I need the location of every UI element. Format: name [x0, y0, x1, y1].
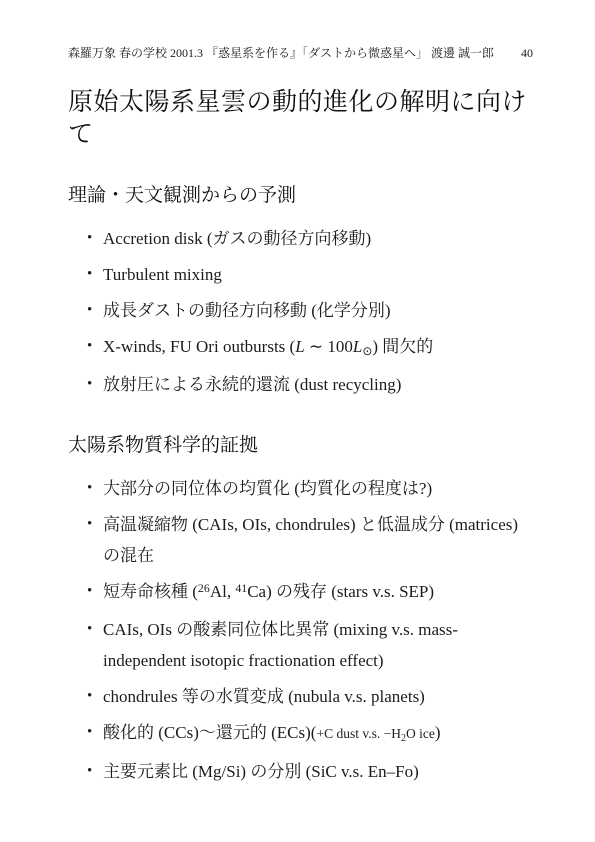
bullet-text: 成長ダストの動径方向移動 (化学分別) [103, 301, 391, 320]
bullet-icon: • [87, 756, 92, 787]
bullet-text: 酸化的 (CCs)〜還元的 (ECs)(+C dust v.s. −H2O ic… [103, 723, 440, 742]
bullet-icon: • [87, 369, 92, 400]
bullet-item: •酸化的 (CCs)〜還元的 (ECs)(+C dust v.s. −H2O i… [68, 717, 533, 751]
bullet-icon: • [87, 295, 92, 326]
bullet-item: •短寿命核種 (26Al, 41Ca) の残存 (stars v.s. SEP) [68, 576, 533, 609]
bullet-item: •大部分の同位体の均質化 (均質化の程度は?) [68, 473, 533, 504]
bullet-text: 主要元素比 (Mg/Si) の分別 (SiC v.s. En–Fo) [103, 762, 419, 781]
bullet-icon: • [87, 473, 92, 504]
bullet-icon: • [87, 259, 92, 290]
bullet-item: •X-winds, FU Ori outbursts (L ∼ 100L⊙) 間… [68, 331, 533, 364]
page-number: 40 [511, 46, 533, 61]
bullet-text: Accretion disk (ガスの動径方向移動) [103, 229, 371, 248]
section-heading: 太陽系物質科学的証拠 [68, 433, 533, 458]
bullet-item: •Turbulent mixing [68, 259, 533, 290]
bullet-icon: • [87, 509, 92, 540]
bullet-icon: • [87, 614, 92, 645]
bullet-icon: • [87, 223, 92, 254]
bullet-item: •成長ダストの動径方向移動 (化学分別) [68, 295, 533, 326]
bullet-item: •主要元素比 (Mg/Si) の分別 (SiC v.s. En–Fo) [68, 756, 533, 787]
bullet-item: •CAIs, OIs の酸素同位体比異常 (mixing v.s. mass-i… [68, 614, 533, 676]
bullet-item: •chondrules 等の水質変成 (nubula v.s. planets) [68, 681, 533, 712]
bullet-icon: • [87, 331, 92, 362]
document-page: 森羅万象 春の学校 2001.3 『惑星系を作る』「ダストから微惑星へ」 渡邊 … [0, 0, 595, 842]
page-title: 原始太陽系星雲の動的進化の解明に向けて [68, 86, 533, 150]
bullet-text: chondrules 等の水質変成 (nubula v.s. planets) [103, 687, 425, 706]
bullet-icon: • [87, 576, 92, 607]
bullet-text: 高温凝縮物 (CAIs, OIs, chondrules) と低温成分 (mat… [103, 515, 518, 565]
bullet-text: X-winds, FU Ori outbursts (L ∼ 100L⊙) 間欠… [103, 337, 433, 356]
bullet-text: 放射圧による永続的還流 (dust recycling) [103, 375, 401, 394]
bullet-text: 短寿命核種 (26Al, 41Ca) の残存 (stars v.s. SEP) [103, 582, 434, 601]
bullet-item: •放射圧による永続的還流 (dust recycling) [68, 369, 533, 400]
bullet-list: •大部分の同位体の均質化 (均質化の程度は?)•高温凝縮物 (CAIs, OIs… [68, 473, 533, 787]
bullet-icon: • [87, 681, 92, 712]
bullet-list: •Accretion disk (ガスの動径方向移動)•Turbulent mi… [68, 223, 533, 400]
sections-container: 理論・天文観測からの予測•Accretion disk (ガスの動径方向移動)•… [68, 183, 533, 787]
bullet-item: •Accretion disk (ガスの動径方向移動) [68, 223, 533, 254]
header-lecture-info: 森羅万象 春の学校 2001.3 『惑星系を作る』「ダストから微惑星へ」 渡邊 … [68, 46, 494, 61]
bullet-text: Turbulent mixing [103, 265, 222, 284]
page-header: 森羅万象 春の学校 2001.3 『惑星系を作る』「ダストから微惑星へ」 渡邊 … [68, 46, 533, 61]
bullet-text: 大部分の同位体の均質化 (均質化の程度は?) [103, 479, 432, 498]
bullet-item: •高温凝縮物 (CAIs, OIs, chondrules) と低温成分 (ma… [68, 509, 533, 571]
section-heading: 理論・天文観測からの予測 [68, 183, 533, 208]
bullet-text: CAIs, OIs の酸素同位体比異常 (mixing v.s. mass-in… [103, 620, 458, 670]
bullet-icon: • [87, 717, 92, 748]
